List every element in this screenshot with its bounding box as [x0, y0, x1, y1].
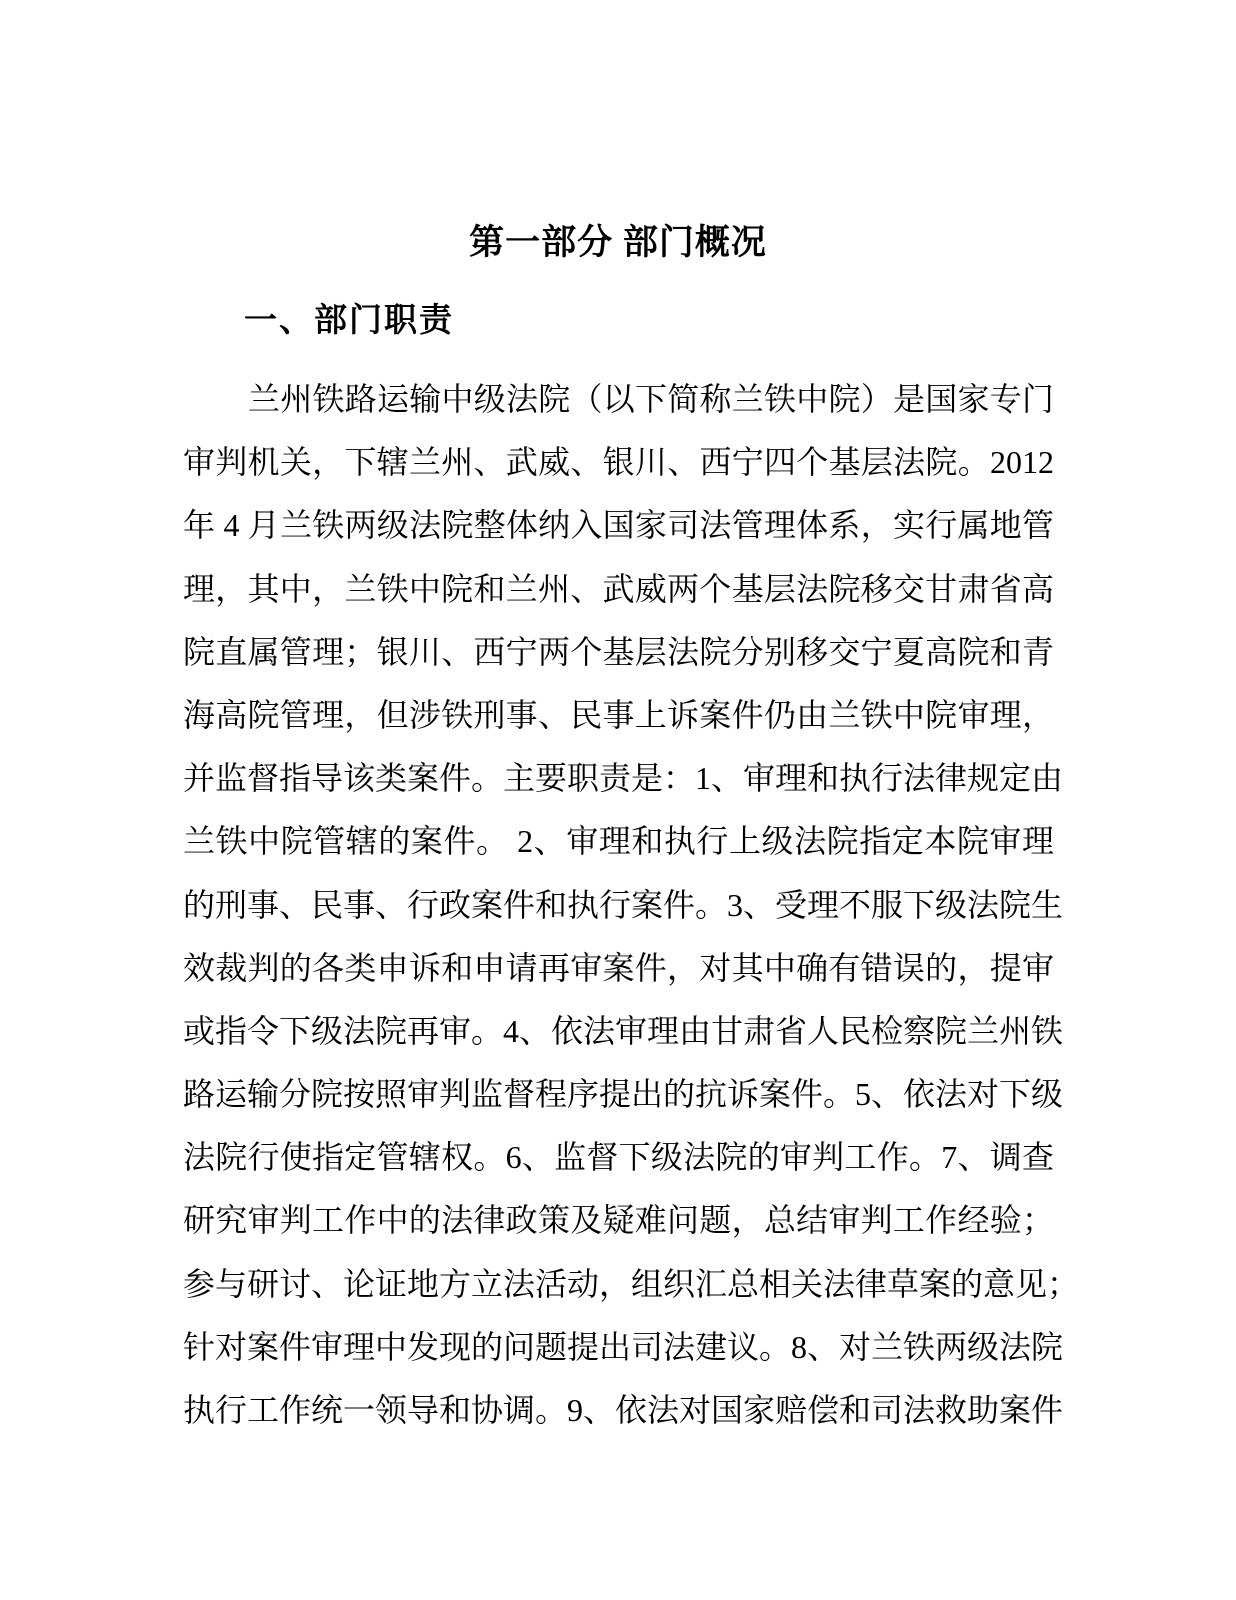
- paragraph-line: 兰铁中院管辖的案件。 2、审理和执行上级法院指定本院审理: [183, 810, 1054, 873]
- paragraph-line: 路运输分院按照审判监督程序提出的抗诉案件。5、依法对下级: [183, 1063, 1054, 1126]
- paragraph-line: 兰州铁路运输中级法院（以下简称兰铁中院）是国家专门: [183, 368, 1054, 431]
- document-page: 第一部分 部门概况 一、部门职责 兰州铁路运输中级法院（以下简称兰铁中院）是国家…: [0, 0, 1236, 1600]
- paragraph-line: 针对案件审理中发现的问题提出司法建议。8、对兰铁两级法院: [183, 1316, 1054, 1379]
- paragraph-line: 并监督指导该类案件。主要职责是：1、审理和执行法律规定由: [183, 747, 1054, 810]
- paragraph-line: 或指令下级法院再审。4、依法审理由甘肃省人民检察院兰州铁: [183, 1000, 1054, 1063]
- paragraph-line: 理，其中，兰铁中院和兰州、武威两个基层法院移交甘肃省高: [183, 558, 1054, 621]
- paragraph-line: 院直属管理；银川、西宁两个基层法院分别移交宁夏高院和青: [183, 621, 1054, 684]
- paragraph-line: 研究审判工作中的法律政策及疑难问题，总结审判工作经验；: [183, 1189, 1054, 1252]
- document-title: 第一部分 部门概况: [0, 220, 1236, 266]
- department-duties-paragraph: 兰州铁路运输中级法院（以下简称兰铁中院）是国家专门 审判机关，下辖兰州、武威、银…: [183, 368, 1054, 1442]
- paragraph-line: 审判机关，下辖兰州、武威、银川、西宁四个基层法院。2012: [183, 431, 1054, 494]
- paragraph-line: 执行工作统一领导和协调。9、依法对国家赔偿和司法救助案件: [183, 1379, 1054, 1442]
- paragraph-line: 法院行使指定管辖权。6、监督下级法院的审判工作。7、调查: [183, 1126, 1054, 1189]
- section-heading: 一、部门职责: [244, 298, 454, 342]
- paragraph-line: 效裁判的各类申诉和申请再审案件，对其中确有错误的，提审: [183, 937, 1054, 1000]
- paragraph-line: 年 4 月兰铁两级法院整体纳入国家司法管理体系，实行属地管: [183, 494, 1054, 557]
- paragraph-line: 海高院管理，但涉铁刑事、民事上诉案件仍由兰铁中院审理，: [183, 684, 1054, 747]
- paragraph-line: 的刑事、民事、行政案件和执行案件。3、受理不服下级法院生: [183, 874, 1054, 937]
- paragraph-line: 参与研讨、论证地方立法活动，组织汇总相关法律草案的意见；: [183, 1253, 1054, 1316]
